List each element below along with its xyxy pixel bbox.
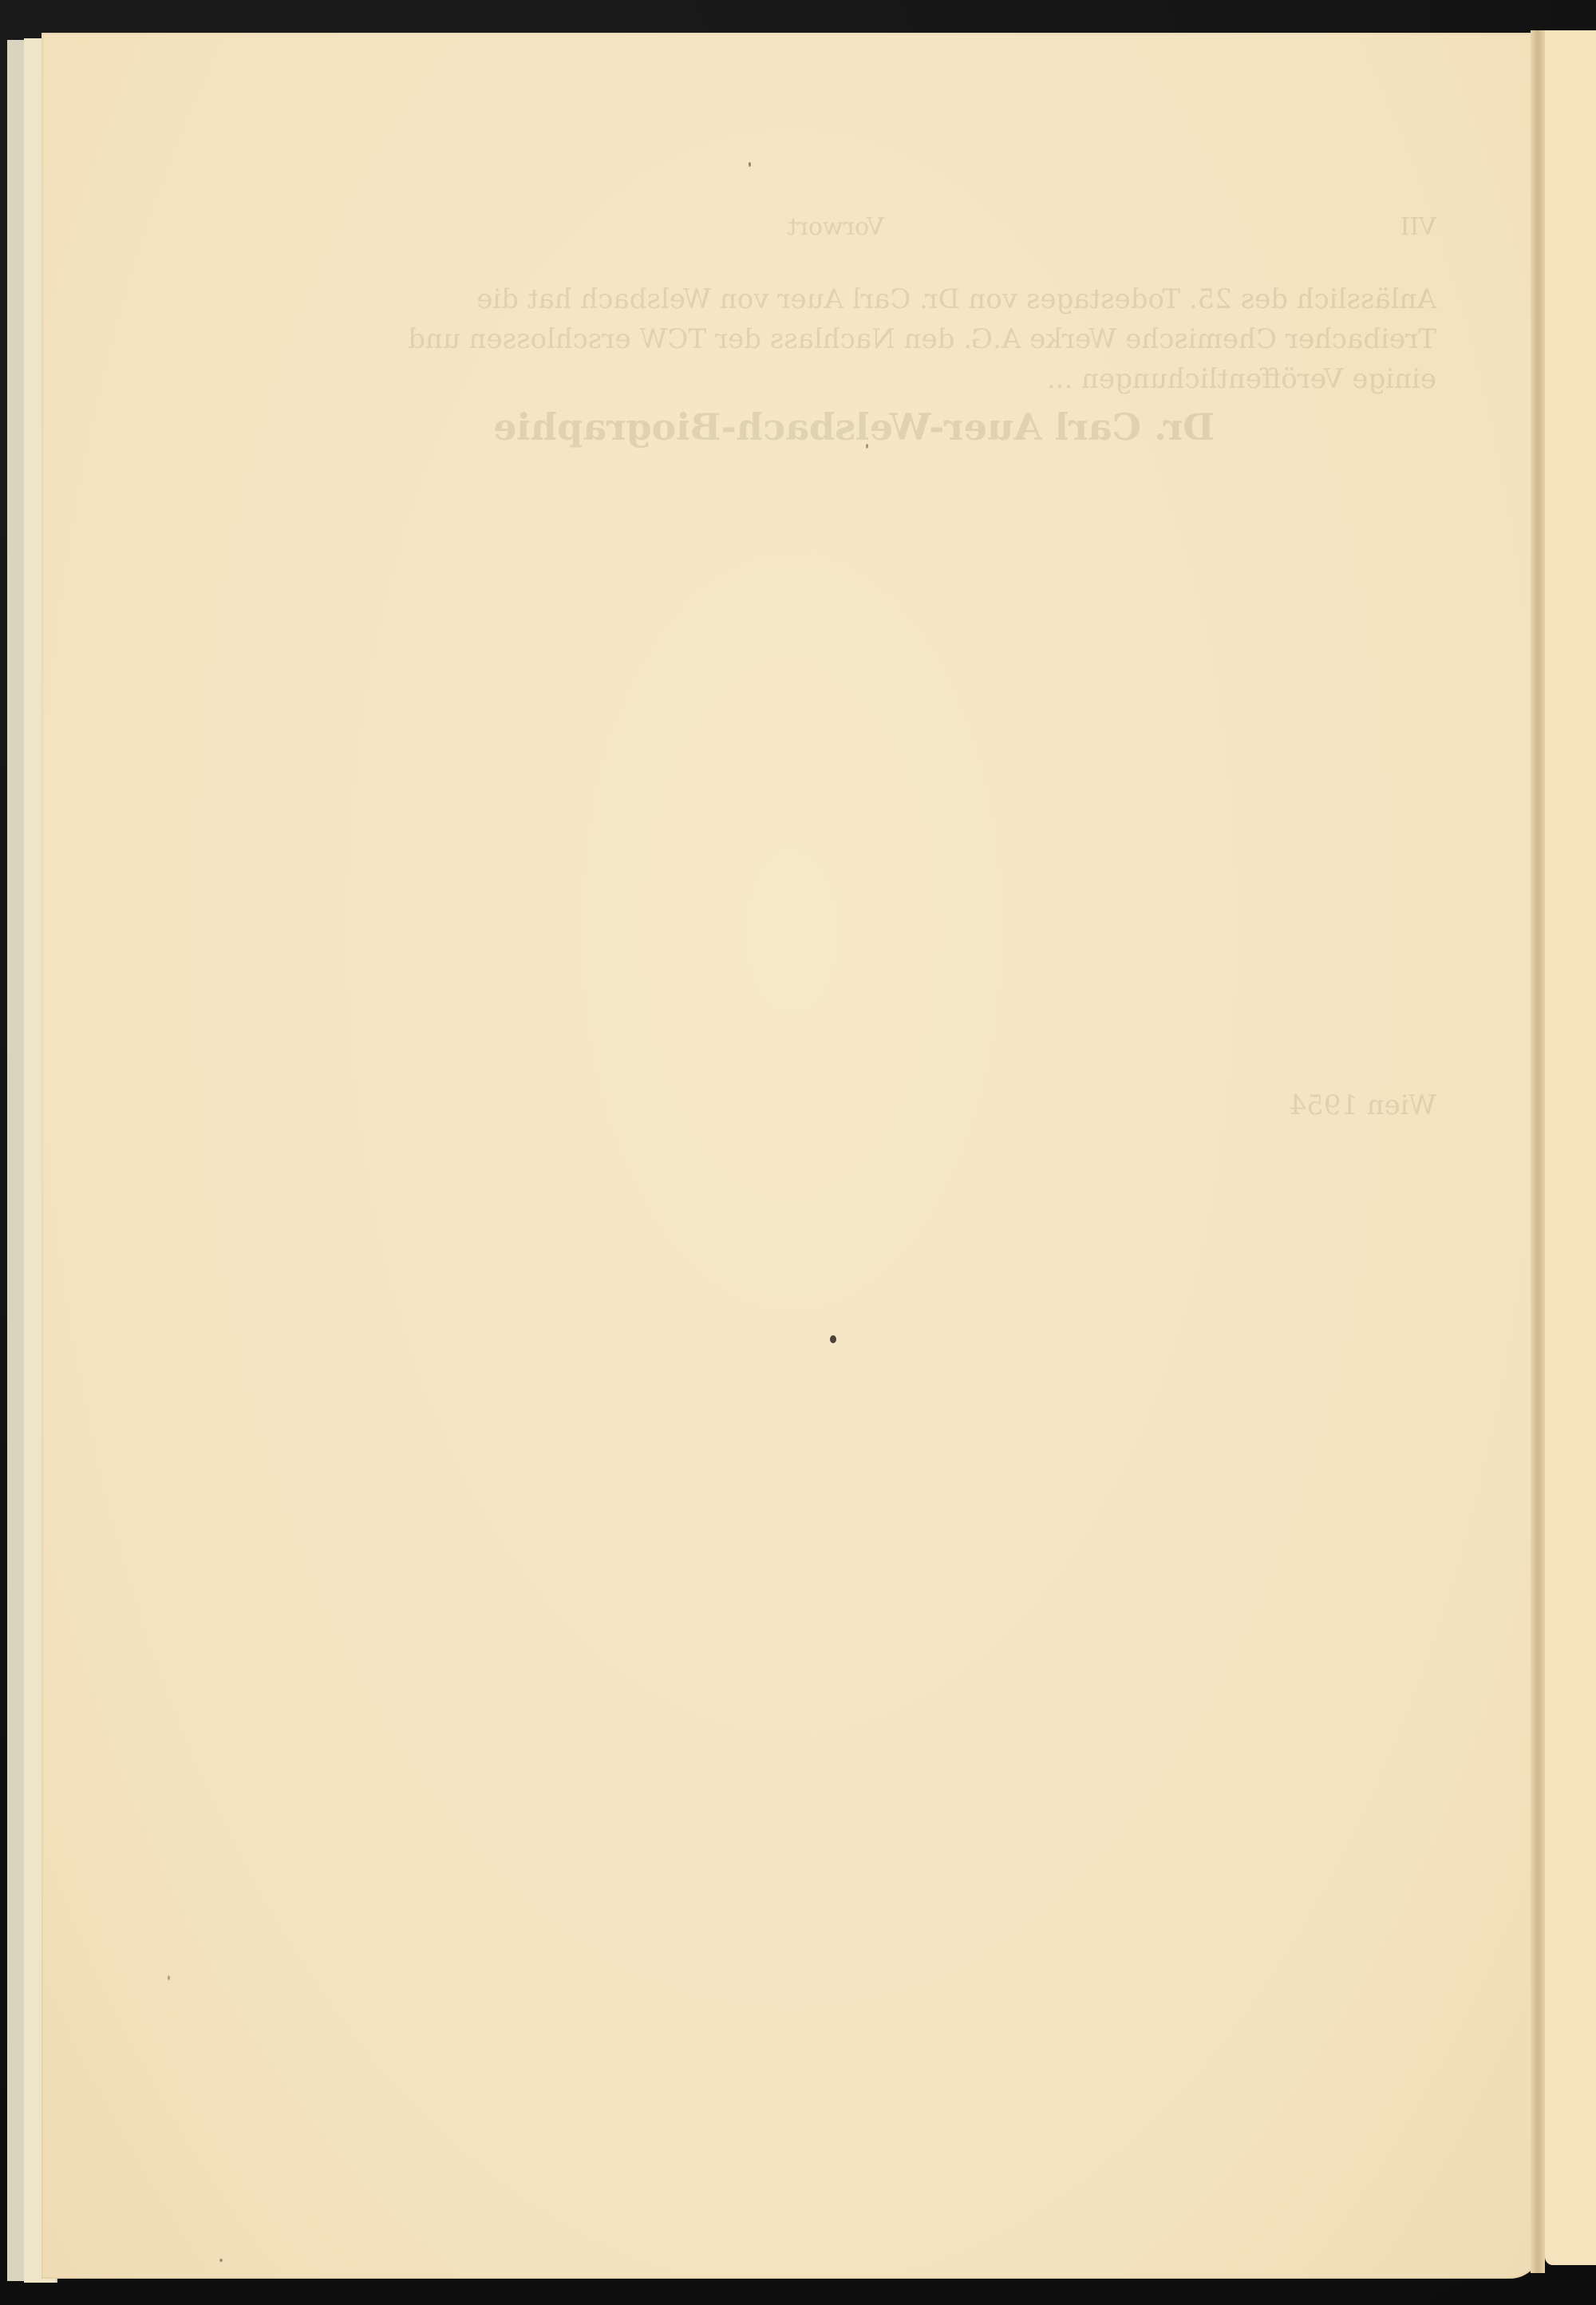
dust-speck — [866, 444, 868, 449]
dust-speck — [749, 162, 751, 167]
dust-speck — [168, 1975, 170, 1980]
dust-speck — [830, 1335, 836, 1343]
dust-speck — [219, 2259, 223, 2262]
blank-page — [41, 33, 1542, 2279]
book-gutter-fold — [1531, 30, 1545, 2273]
adjacent-page-edge — [1545, 30, 1596, 2265]
